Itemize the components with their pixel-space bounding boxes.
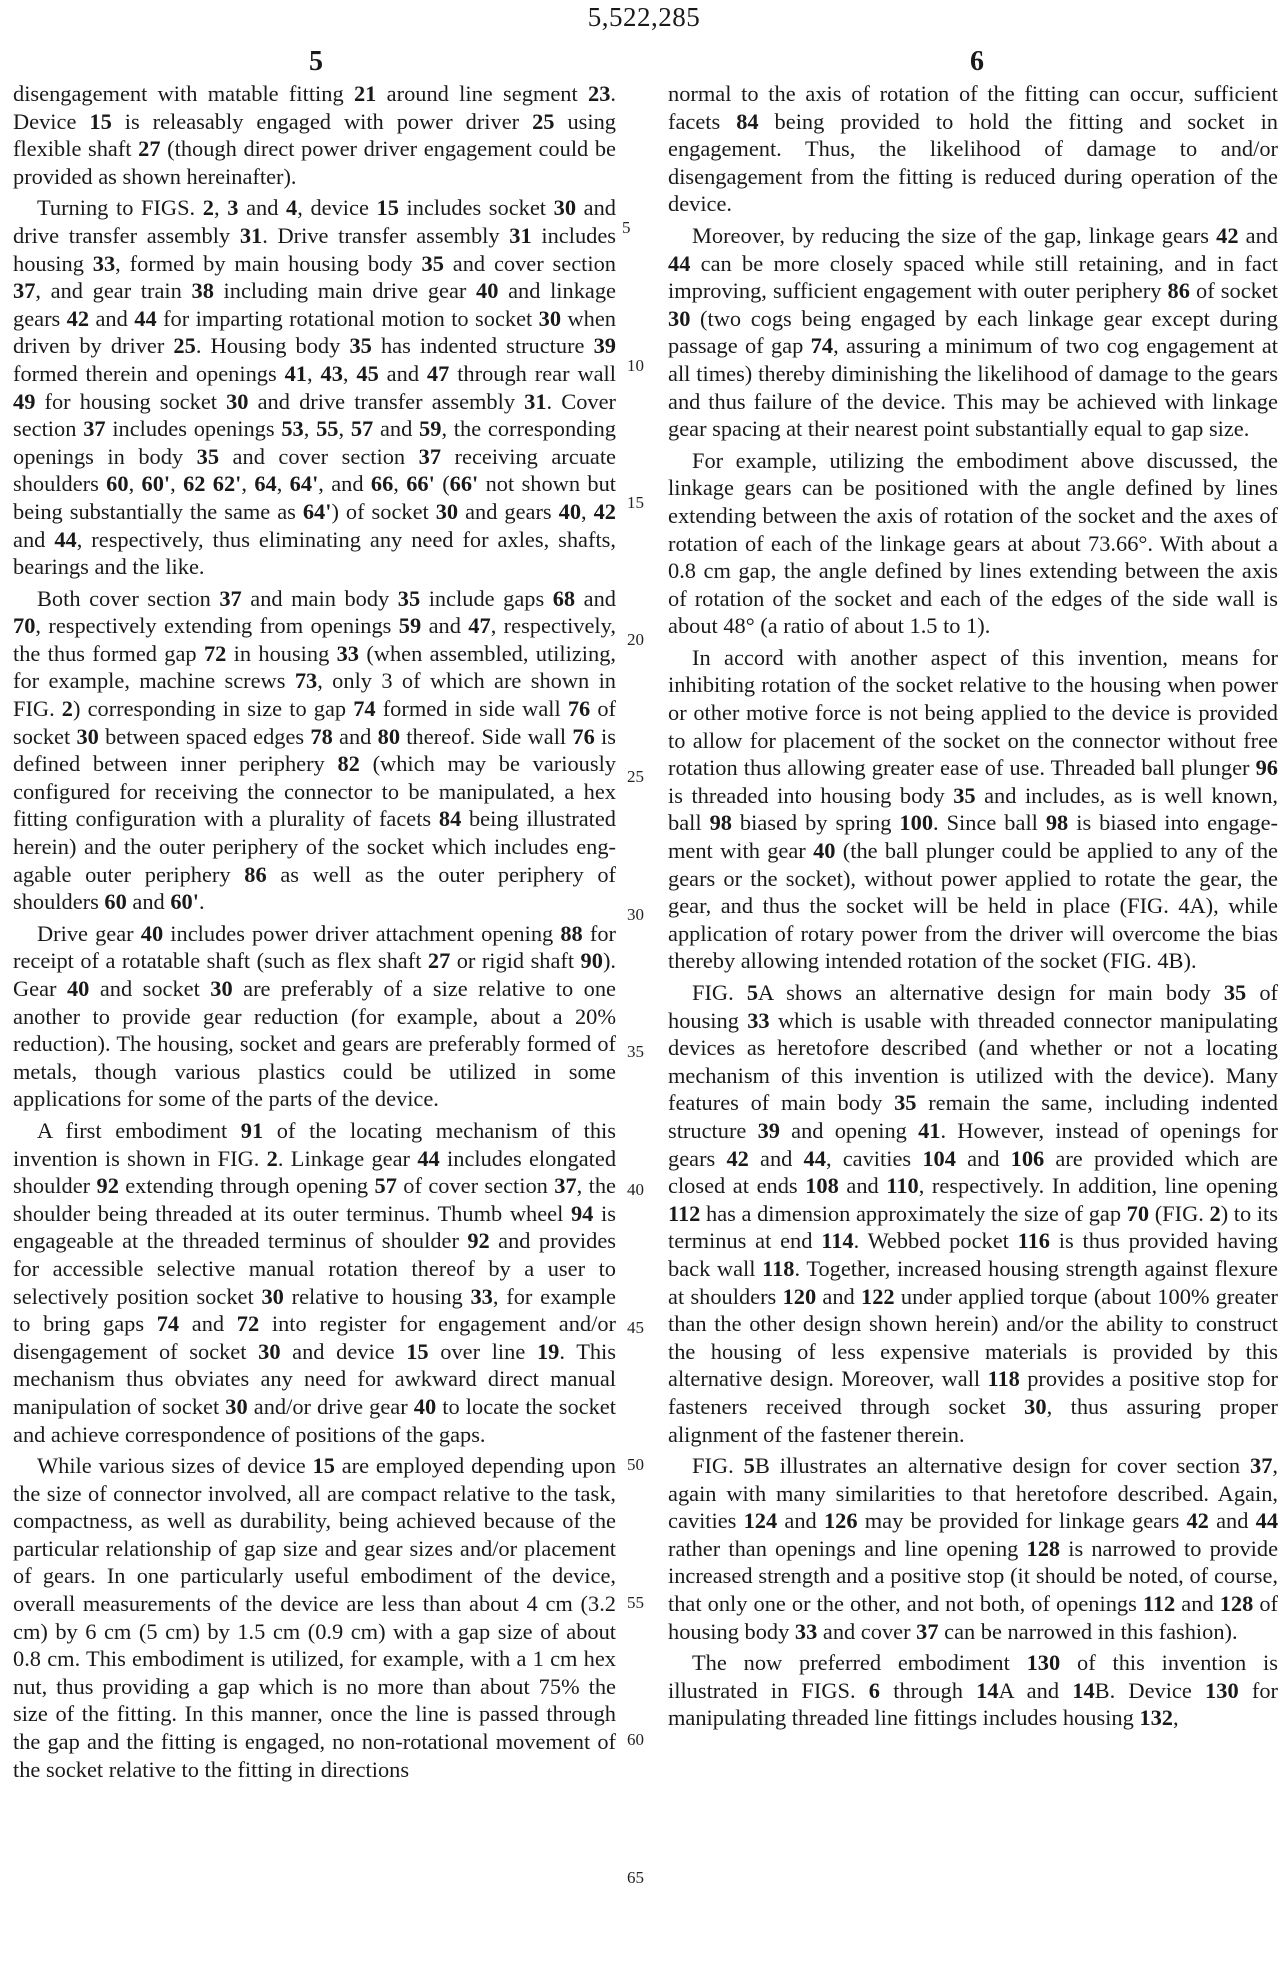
paragraph: For example, utilizing the embodiment ab… (668, 447, 1278, 640)
paragraph: Both cover section 37 and main body 35 i… (13, 585, 616, 916)
paragraph: Turning to FIGS. 2, 3 and 4, device 15 i… (13, 194, 616, 580)
line-number: 65 (627, 1868, 644, 1888)
line-number: 20 (627, 630, 644, 650)
line-number: 35 (627, 1042, 644, 1062)
paragraph: normal to the axis of rotation of the fi… (668, 80, 1278, 218)
line-number: 45 (627, 1318, 644, 1338)
paragraph: Drive gear 40 includes power driver atta… (13, 920, 616, 1113)
paragraph: In accord with another aspect of this in… (668, 644, 1278, 975)
paragraph: FIG. 5B illustrates an alternative desig… (668, 1452, 1278, 1645)
line-number: 55 (627, 1593, 644, 1613)
column-number-right: 6 (947, 46, 1007, 78)
paragraph: While various sizes of device 15 are emp… (13, 1452, 616, 1783)
paragraph: disengagement with matable fitting 21 ar… (13, 80, 616, 190)
right-text-column: normal to the axis of rotation of the fi… (668, 80, 1278, 1736)
left-text-column: disengagement with matable fitting 21 ar… (13, 80, 616, 1787)
paragraph: Moreover, by reducing the size of the ga… (668, 222, 1278, 443)
line-number: 30 (627, 905, 644, 925)
column-number-left: 5 (286, 46, 346, 78)
patent-number-header: 5,522,285 (0, 2, 1288, 33)
paragraph: The now preferred embodiment 130 of this… (668, 1649, 1278, 1732)
line-number: 15 (627, 493, 644, 513)
paragraph: A first embodiment 91 of the locating me… (13, 1117, 616, 1448)
line-number: 25 (627, 767, 644, 787)
line-number: 10 (627, 356, 644, 376)
line-number: 50 (627, 1455, 644, 1475)
paragraph: FIG. 5A shows an alternative design for … (668, 979, 1278, 1448)
line-number: 60 (627, 1730, 644, 1750)
line-number: 40 (627, 1180, 644, 1200)
line-number: 5 (622, 218, 631, 238)
